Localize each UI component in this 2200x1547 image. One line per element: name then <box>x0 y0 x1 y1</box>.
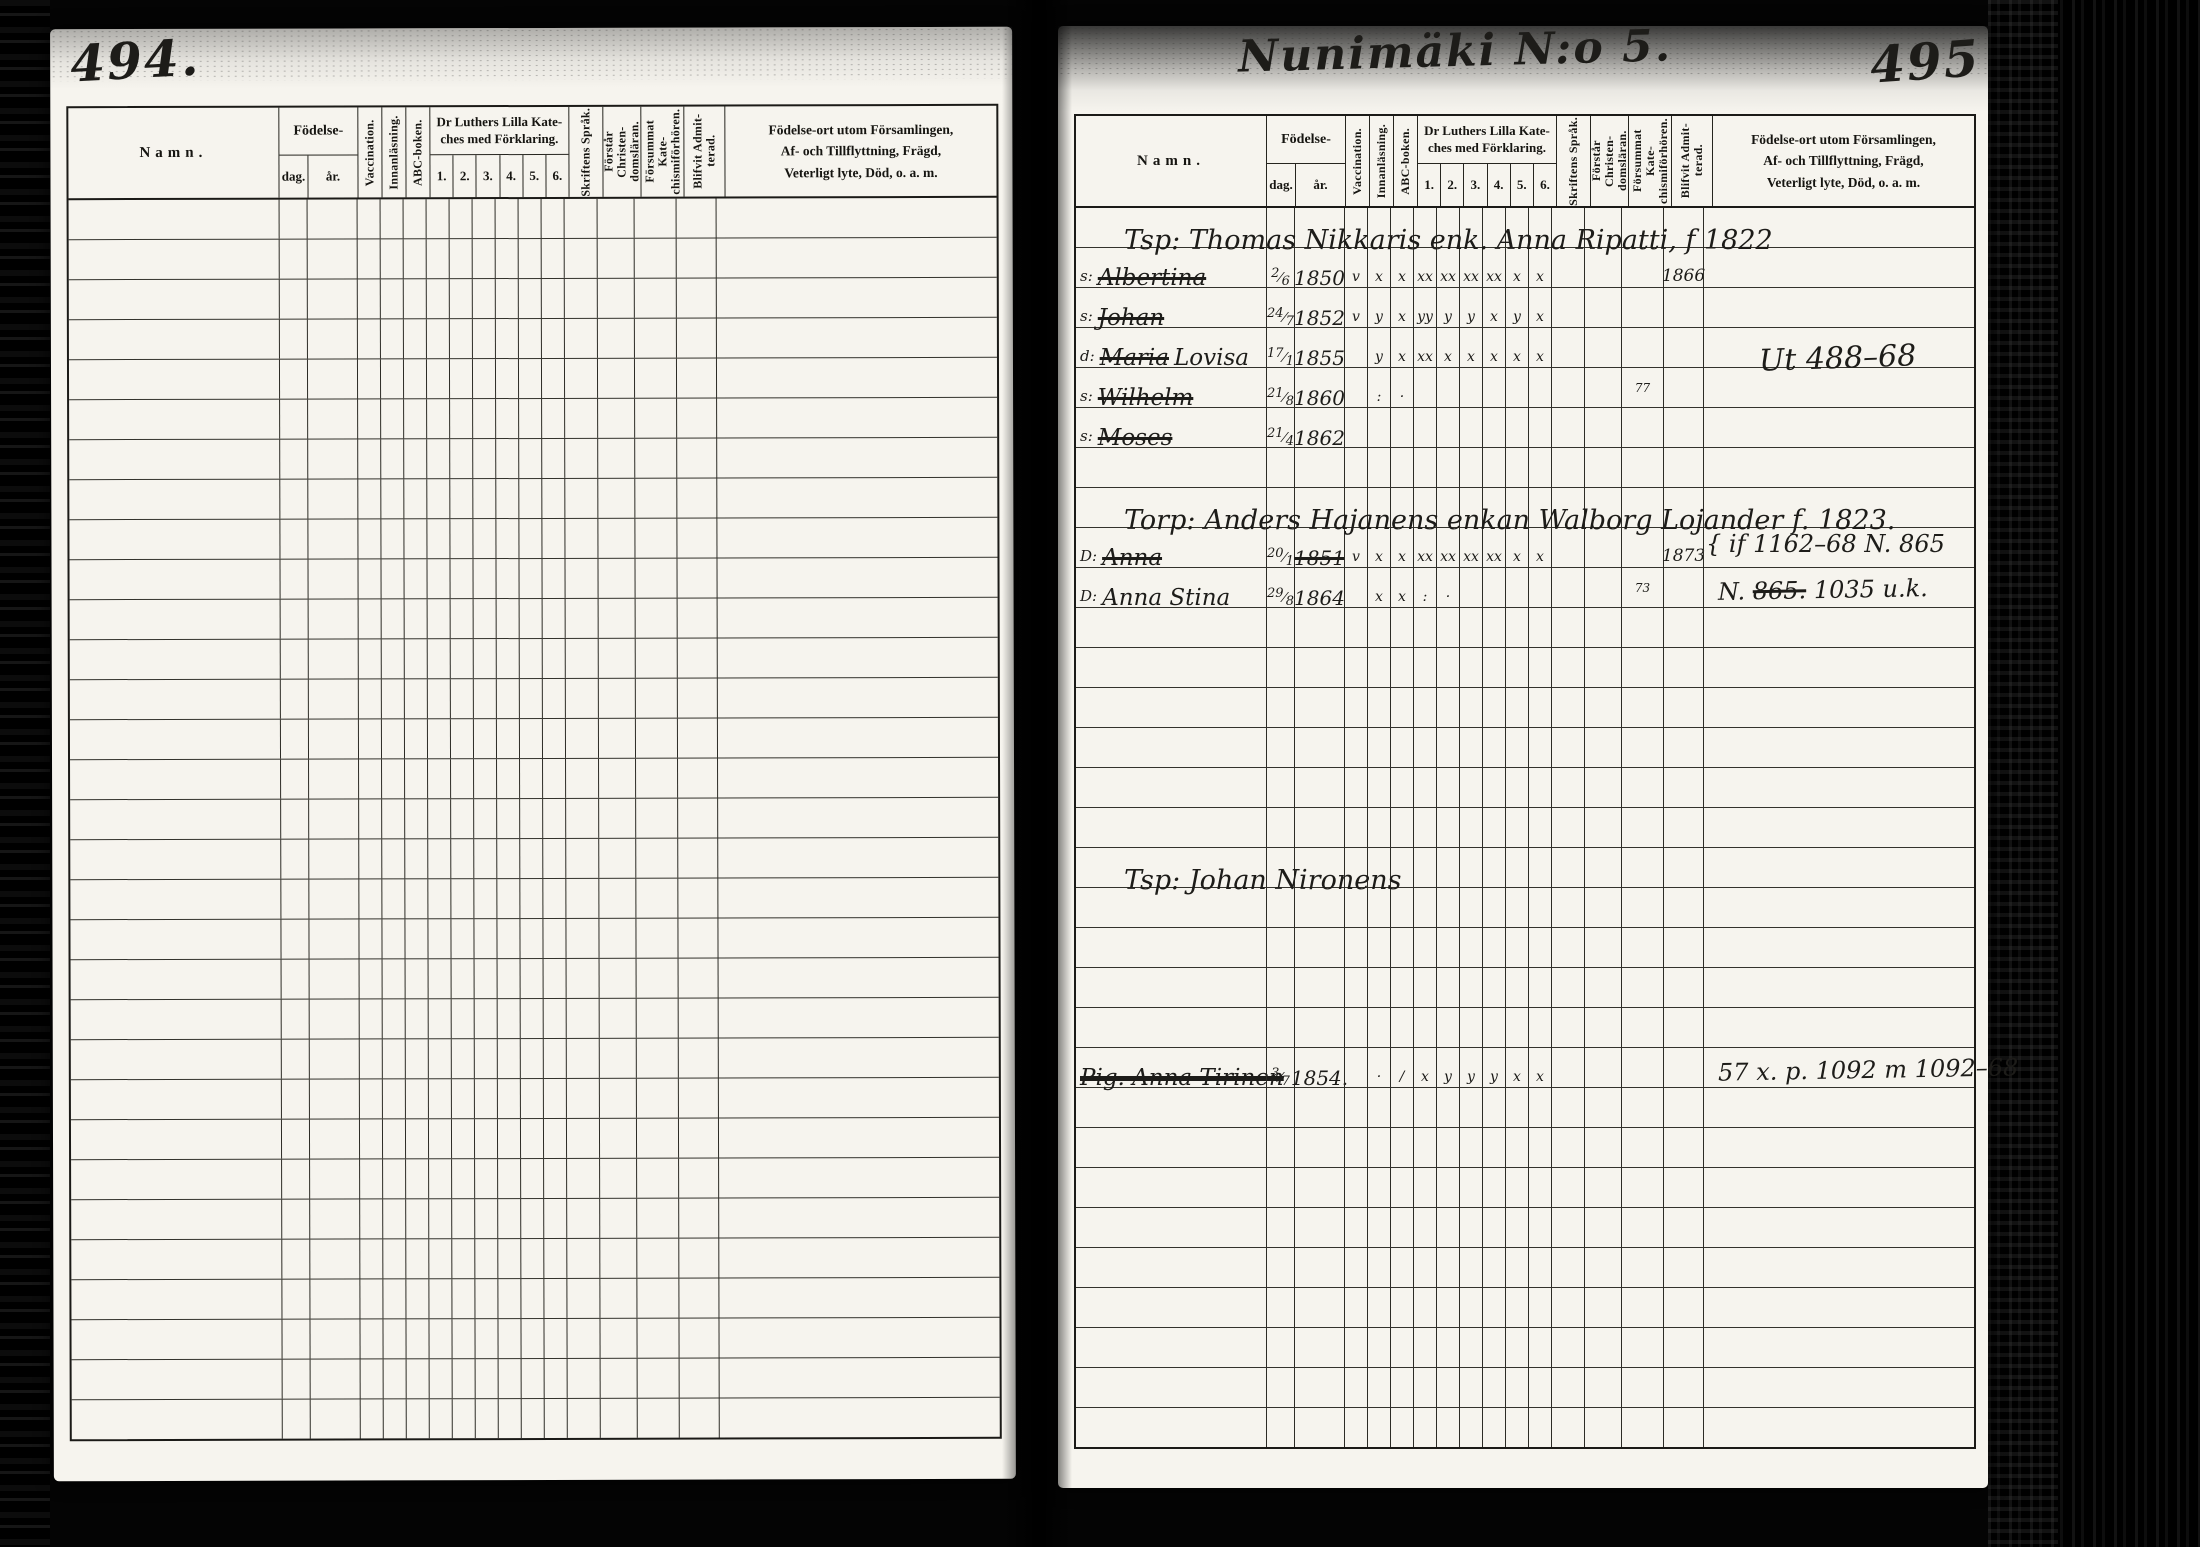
mark: x <box>1513 1070 1521 1084</box>
mark-cell <box>451 999 474 1038</box>
mark-cell <box>1505 448 1528 487</box>
mark: v <box>1352 310 1360 324</box>
mark-cell <box>1528 1408 1551 1447</box>
birth-day-cell: 29⁄8 <box>1266 568 1294 607</box>
birth-day-cell <box>282 1400 310 1439</box>
mark-cell <box>1367 408 1390 447</box>
birth-day-cell <box>1266 968 1294 1007</box>
birth-day-cell <box>1266 1408 1294 1447</box>
table-row <box>70 878 998 920</box>
mark: x <box>1375 590 1383 604</box>
mark-cell <box>496 839 519 878</box>
skrift-cell <box>566 1119 599 1158</box>
mark-cell <box>426 319 449 358</box>
mark-cell <box>404 719 427 758</box>
mark-cell <box>404 799 427 838</box>
forstar-cell <box>598 639 635 678</box>
col-header-namn: Namn. <box>68 108 278 199</box>
mark-cell <box>474 1199 497 1238</box>
mark: x <box>1398 350 1406 364</box>
mark-cell: : <box>1413 568 1436 607</box>
mark-cell <box>1436 1008 1459 1047</box>
entry-birth-year: 1864 <box>1294 588 1345 608</box>
table-row <box>1076 1248 1974 1288</box>
remark-text: { if 1162–68 N. 865 <box>1706 530 1945 558</box>
admitted-cell <box>1663 1208 1703 1247</box>
forsummat-cell <box>1621 1048 1663 1087</box>
mark-cell <box>1436 408 1459 447</box>
mark-cell <box>1528 608 1551 647</box>
mark-cell <box>541 359 564 398</box>
mark-cell <box>1344 1088 1367 1127</box>
forstar-cell <box>597 239 634 278</box>
table-row <box>69 358 997 400</box>
mark-cell <box>359 1159 382 1198</box>
mark-cell <box>1367 928 1390 967</box>
col-header-forsummat: Försummat Kate- chismiförhören. <box>1628 116 1671 206</box>
table-row <box>72 1398 1000 1439</box>
mark-cell <box>495 239 518 278</box>
forstar-cell <box>1584 328 1621 367</box>
skrift-cell <box>565 839 598 878</box>
mark-cell <box>359 1239 382 1278</box>
mark: x <box>1398 550 1406 564</box>
admitted-cell <box>1663 328 1703 367</box>
name-cell <box>70 680 280 720</box>
mark-cell <box>452 1359 475 1398</box>
mark-cell <box>519 599 542 638</box>
mark-cell <box>1482 1248 1505 1287</box>
mark-cell <box>405 1239 428 1278</box>
mark: y <box>1513 310 1521 324</box>
skrift-cell <box>1551 368 1584 407</box>
col-header-skriftens-sprak: Skriftens Språk. <box>1556 116 1590 206</box>
mark-cell <box>518 319 541 358</box>
forsummat-cell <box>634 279 676 318</box>
mark-cell <box>451 1319 474 1358</box>
birth-day-cell <box>279 240 307 279</box>
mark-cell <box>1482 968 1505 1007</box>
mark-cell <box>380 519 403 558</box>
name-cell <box>72 1400 282 1440</box>
mark-cell <box>358 879 381 918</box>
mark-cell <box>1528 928 1551 967</box>
mark-cell <box>1528 688 1551 727</box>
mark-cell <box>451 1159 474 1198</box>
mark-cell <box>450 599 473 638</box>
entry-name: Maria <box>1100 347 1169 370</box>
forstar-cell <box>1584 808 1621 847</box>
skrift-cell <box>564 519 597 558</box>
name-cell <box>1076 1088 1266 1127</box>
forstar-cell <box>1584 1208 1621 1247</box>
forstar-cell <box>598 719 635 758</box>
forstar-cell <box>599 1039 636 1078</box>
table-row <box>69 558 997 600</box>
birth-day-cell <box>281 1320 309 1359</box>
birth-year-cell <box>309 1279 359 1318</box>
mark-cell <box>358 799 381 838</box>
mark-cell <box>1436 968 1459 1007</box>
skrift-cell <box>565 679 598 718</box>
forsummat-cell <box>634 439 676 478</box>
forstar-cell <box>598 599 635 638</box>
forsummat-cell <box>636 959 678 998</box>
mark-cell <box>1436 848 1459 887</box>
mark-cell: / <box>1390 1048 1413 1087</box>
table-row <box>69 518 997 560</box>
name-cell <box>70 920 280 960</box>
mark-cell <box>472 319 495 358</box>
mark-cell <box>1482 848 1505 887</box>
admitted-cell <box>677 839 717 878</box>
mark-cell <box>1459 888 1482 927</box>
entry-remark: { if 1162–68 N. 865 <box>1706 532 1945 556</box>
mark-cell <box>1390 1128 1413 1167</box>
mark: v <box>1352 550 1360 564</box>
admitted-cell <box>1663 768 1703 807</box>
skrift-cell <box>1551 1128 1584 1167</box>
mark-cell <box>519 839 542 878</box>
mark-cell <box>1390 408 1413 447</box>
table-row <box>69 198 997 240</box>
col-header-abc-boken: ABC-boken. <box>405 107 429 197</box>
remarks-cell <box>716 318 997 358</box>
remarks-cell <box>716 238 997 278</box>
entry-name: Anna <box>1102 547 1162 570</box>
remarks-cell <box>717 638 998 678</box>
mark-cell <box>428 1039 451 1078</box>
mark-cell <box>358 599 381 638</box>
forstar-cell <box>599 1279 636 1318</box>
mark-cell <box>520 999 543 1038</box>
mark-cell <box>1344 928 1367 967</box>
mark-cell <box>1344 648 1367 687</box>
mark-cell <box>518 359 541 398</box>
skrift-cell <box>1551 1168 1584 1207</box>
mark-cell <box>380 279 403 318</box>
mark-cell <box>382 959 405 998</box>
admitted-cell <box>679 1359 719 1398</box>
mark-cell <box>541 559 564 598</box>
skrift-cell <box>1551 1048 1584 1087</box>
mark-cell <box>450 919 473 958</box>
mark-cell <box>1367 1288 1390 1327</box>
mark-cell <box>496 919 519 958</box>
mark-cell <box>1482 1328 1505 1367</box>
mark-cell <box>474 999 497 1038</box>
forstar-cell <box>599 1319 636 1358</box>
mark-cell <box>357 239 380 278</box>
mark: xx <box>1463 550 1479 564</box>
mark-cell <box>1344 1168 1367 1207</box>
remarks-cell <box>1703 1248 1974 1287</box>
birth-day-cell <box>1266 1008 1294 1047</box>
mark-cell <box>451 1039 474 1078</box>
table-row <box>1076 728 1974 768</box>
birth-day-cell <box>1266 728 1294 767</box>
mark-cell <box>403 559 426 598</box>
mark: x <box>1398 310 1406 324</box>
mark-cell <box>1413 968 1436 1007</box>
mark: x <box>1536 350 1544 364</box>
birth-day-cell <box>281 1080 309 1119</box>
mark-cell <box>358 839 381 878</box>
mark-cell <box>1344 568 1367 607</box>
mark-cell <box>1413 1168 1436 1207</box>
birth-day-cell <box>1266 1288 1294 1327</box>
mark-cell <box>1436 1328 1459 1367</box>
mark-cell: x <box>1413 1048 1436 1087</box>
mark-cell <box>449 279 472 318</box>
birth-year-cell <box>308 599 358 638</box>
mark: / <box>1400 1070 1405 1084</box>
mark-cell <box>542 719 565 758</box>
name-cell <box>1076 1368 1266 1407</box>
mark-cell <box>1344 1248 1367 1287</box>
forsummat-cell <box>635 839 677 878</box>
mark-cell <box>473 879 496 918</box>
name-cell <box>71 1000 281 1040</box>
forsummat-cell <box>1621 1288 1663 1327</box>
entry-prefix: s: <box>1080 267 1093 285</box>
skrift-cell <box>1551 1008 1584 1047</box>
mark-cell <box>358 919 381 958</box>
birth-day-cell <box>1266 1208 1294 1247</box>
mark: yy <box>1417 310 1433 324</box>
remarks-cell <box>1703 1288 1974 1327</box>
birth-year-cell: 1864 <box>1294 568 1344 607</box>
mark-cell <box>359 1039 382 1078</box>
admitted-cell <box>1663 728 1703 767</box>
mark: xx <box>1440 270 1456 284</box>
admitted-cell <box>678 1039 718 1078</box>
birth-year-cell <box>307 239 357 278</box>
skrift-cell <box>564 439 597 478</box>
mark-cell <box>1528 968 1551 1007</box>
table-row <box>71 1118 999 1160</box>
mark-cell <box>496 639 519 678</box>
table-row <box>69 438 997 480</box>
mark: x <box>1467 350 1475 364</box>
entry-prefix: D: <box>1080 547 1097 565</box>
remarks-cell <box>718 1278 999 1318</box>
mark-cell <box>520 1319 543 1358</box>
mark-cell: x <box>1505 1048 1528 1087</box>
name-cell <box>69 200 279 240</box>
table-row <box>69 278 997 320</box>
birth-day-cell <box>279 400 307 439</box>
birth-day-cell <box>280 720 308 759</box>
forsummat-cell <box>1621 808 1663 847</box>
mark: : <box>1423 590 1428 604</box>
mark-cell <box>1459 1168 1482 1207</box>
birth-day-cell <box>1266 768 1294 807</box>
mark-cell <box>1482 728 1505 767</box>
entry-name: Wilhelm <box>1098 387 1194 410</box>
mark-cell <box>1344 1208 1367 1247</box>
mark-cell <box>1528 368 1551 407</box>
mark-cell <box>1413 368 1436 407</box>
mark-cell <box>473 919 496 958</box>
col-header-dag: dag. <box>279 156 308 198</box>
name-cell <box>69 520 279 560</box>
mark-cell <box>1413 848 1436 887</box>
mark-cell <box>405 959 428 998</box>
remark-text: 1035 u.k. <box>1806 574 1928 604</box>
mark-cell <box>428 999 451 1038</box>
forsummat-cell <box>1621 328 1663 367</box>
mark: x <box>1398 270 1406 284</box>
remarks-cell <box>1703 1128 1974 1167</box>
mark-cell <box>449 439 472 478</box>
birth-year-cell <box>308 679 358 718</box>
name-cell: s:Moses <box>1076 408 1266 447</box>
table-row <box>72 1358 1000 1400</box>
mark-cell <box>381 759 404 798</box>
mark-cell <box>1528 1128 1551 1167</box>
mark-cell <box>1367 1008 1390 1047</box>
mark-cell <box>449 319 472 358</box>
mark-cell <box>1436 1088 1459 1127</box>
forstar-cell <box>1584 568 1621 607</box>
table-body-left <box>69 198 1000 1439</box>
mark-cell <box>403 399 426 438</box>
mark-cell <box>382 1159 405 1198</box>
table-row <box>70 718 998 760</box>
admitted-cell <box>1663 1128 1703 1167</box>
mark-cell <box>475 1399 498 1438</box>
mark-cell <box>543 959 566 998</box>
mark-cell <box>1528 408 1551 447</box>
forsummat-cell <box>1621 1208 1663 1247</box>
forstar-cell <box>598 879 635 918</box>
admitted-cell <box>676 439 716 478</box>
entry-birth-day: 2⁄6 <box>1271 272 1290 285</box>
skrift-cell <box>564 479 597 518</box>
mark-cell <box>405 1199 428 1238</box>
mark-cell <box>1413 1288 1436 1327</box>
mark-cell <box>1344 1328 1367 1367</box>
birth-year-cell <box>309 1119 359 1158</box>
table-row <box>71 958 999 1000</box>
mark-cell <box>1413 1088 1436 1127</box>
mark-cell <box>495 519 518 558</box>
mark-cell <box>1436 1128 1459 1167</box>
birth-year-cell <box>308 879 358 918</box>
forstar-cell <box>597 279 634 318</box>
mark-cell <box>403 519 426 558</box>
mark-cell <box>1482 608 1505 647</box>
mark: x <box>1536 1070 1544 1084</box>
mark-cell <box>382 999 405 1038</box>
forsummat-cell <box>636 999 678 1038</box>
mark-cell <box>1528 1328 1551 1367</box>
forsummat-cell <box>634 319 676 358</box>
table-row: Tsp: Thomas Nikkaris enk. Anna Ripatti, … <box>1076 208 1974 248</box>
mark-cell <box>1459 1288 1482 1327</box>
table-row <box>71 1198 999 1240</box>
name-cell <box>71 1120 281 1160</box>
remarks-cell <box>716 518 997 558</box>
mark-cell: x <box>1528 288 1551 327</box>
mark-cell <box>474 1079 497 1118</box>
forstar-cell <box>599 1079 636 1118</box>
mark-cell <box>1390 448 1413 487</box>
name-cell <box>71 1160 281 1200</box>
mark-cell <box>472 359 495 398</box>
mark-cell <box>358 639 381 678</box>
skrift-cell <box>565 599 598 638</box>
mark-cell <box>381 839 404 878</box>
entry-birth-year: 1851 <box>1294 548 1345 568</box>
mark-cell <box>406 1399 429 1438</box>
forstar-cell <box>597 359 634 398</box>
birth-day-cell <box>281 1120 309 1159</box>
admitted-cell <box>1663 408 1703 447</box>
mark-cell <box>1482 1008 1505 1047</box>
mark-cell <box>1482 568 1505 607</box>
mark-cell <box>520 1239 543 1278</box>
remarks-cell <box>1703 1008 1974 1047</box>
mark: x <box>1490 350 1498 364</box>
forsummat-cell <box>636 1319 678 1358</box>
mark-cell <box>1459 1008 1482 1047</box>
name-cell <box>69 240 279 280</box>
remarks-cell <box>717 758 998 798</box>
mark-cell <box>1367 768 1390 807</box>
mark-cell <box>497 1039 520 1078</box>
skrift-cell <box>565 879 598 918</box>
book-binding-shadow <box>1002 0 1072 1547</box>
forsummat-cell <box>636 1199 678 1238</box>
admitted-cell <box>1663 288 1703 327</box>
mark-cell <box>1528 728 1551 767</box>
mark-cell <box>1390 1088 1413 1127</box>
mark-cell <box>428 1239 451 1278</box>
forstar-cell <box>599 959 636 998</box>
mark-cell <box>1367 448 1390 487</box>
mark-cell <box>473 799 496 838</box>
mark-cell <box>519 679 542 718</box>
mark: : <box>1377 390 1382 404</box>
mark-cell <box>451 1279 474 1318</box>
table-row <box>70 838 998 880</box>
birth-year-cell <box>307 439 357 478</box>
forsummat-cell <box>635 679 677 718</box>
forstar-cell <box>597 519 634 558</box>
entry-name: Johan <box>1098 307 1164 330</box>
birth-day-cell <box>281 1200 309 1239</box>
remarks-cell <box>1703 448 1974 487</box>
forsummat-cell <box>1621 1088 1663 1127</box>
birth-year-cell <box>307 479 357 518</box>
mark-cell <box>449 479 472 518</box>
mark-cell <box>1528 1088 1551 1127</box>
mark-cell <box>428 1279 451 1318</box>
table-row: D:Anna Stina29⁄81864xx:·73N. 865. 1035 u… <box>1076 568 1974 608</box>
remarks-cell <box>1703 648 1974 687</box>
table-row <box>1076 1008 1974 1048</box>
mark-cell <box>1413 1208 1436 1247</box>
skrift-cell <box>1551 928 1584 967</box>
birth-day-cell: 17⁄1 <box>1266 328 1294 367</box>
name-cell <box>69 480 279 520</box>
mark-cell <box>543 1119 566 1158</box>
mark-cell <box>382 1279 405 1318</box>
mark-cell <box>449 559 472 598</box>
remarks-cell <box>716 558 997 598</box>
